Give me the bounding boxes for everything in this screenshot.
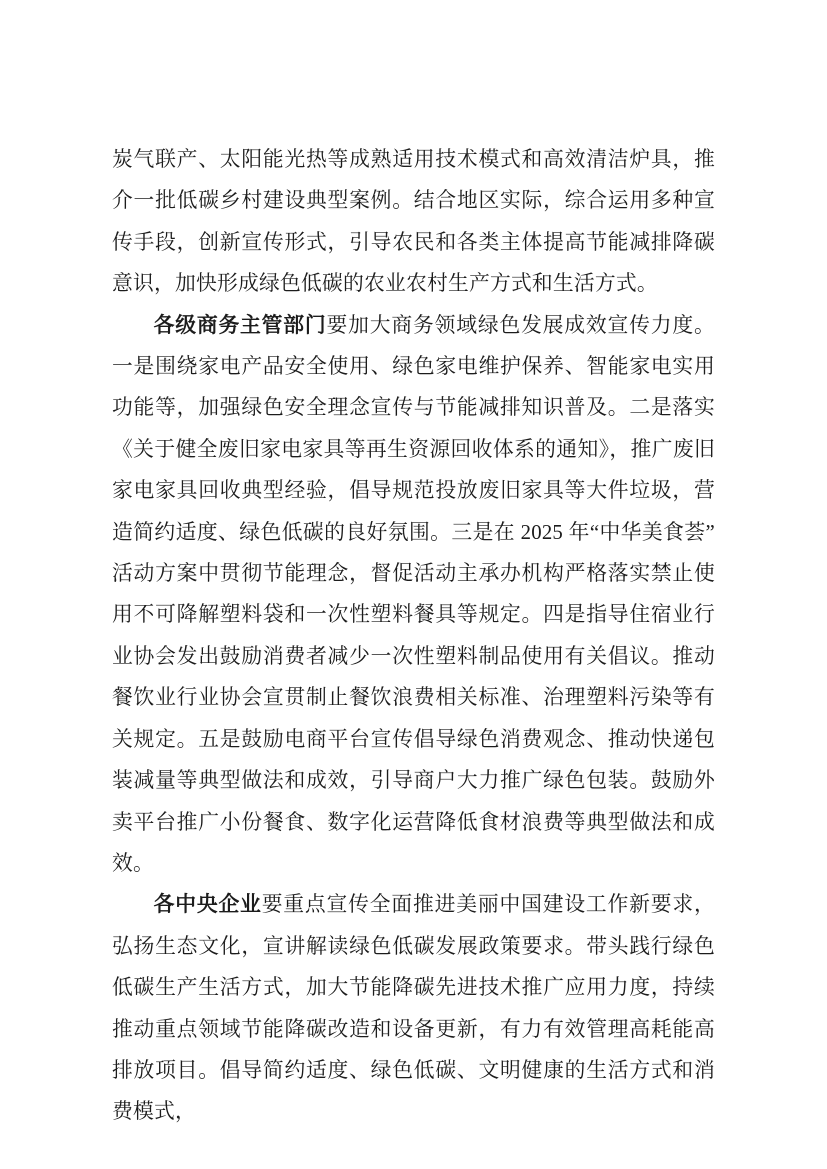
paragraph-text: 炭气联产、太阳能光热等成熟适用技术模式和高效清洁炉具，推介一批低碳乡村建设典型案… xyxy=(112,148,715,295)
paragraph-central-enterprises: 各中央企业要重点宣传全面推进美丽中国建设工作新要求，弘扬生态文化，宣讲解读绿色低… xyxy=(112,884,715,1132)
paragraph-lead-bold: 各级商务主管部门 xyxy=(154,314,327,337)
paragraph-commerce-departments: 各级商务主管部门要加大商务领域绿色发展成效宣传力度。一是围绕家电产品安全使用、绿… xyxy=(112,305,715,885)
paragraph-rural-energy: 炭气联产、太阳能光热等成熟适用技术模式和高效清洁炉具，推介一批低碳乡村建设典型案… xyxy=(112,139,715,305)
document-body: 炭气联产、太阳能光热等成熟适用技术模式和高效清洁炉具，推介一批低碳乡村建设典型案… xyxy=(112,139,715,1133)
document-page: 炭气联产、太阳能光热等成熟适用技术模式和高效清洁炉具，推介一批低碳乡村建设典型案… xyxy=(0,0,827,1169)
paragraph-text: 要重点宣传全面推进美丽中国建设工作新要求，弘扬生态文化，宣讲解读绿色低碳发展政策… xyxy=(112,893,715,1123)
paragraph-text: 要加大商务领域绿色发展成效宣传力度。一是围绕家电产品安全使用、绿色家电维护保养、… xyxy=(112,314,715,875)
paragraph-lead-bold: 各中央企业 xyxy=(154,893,262,916)
